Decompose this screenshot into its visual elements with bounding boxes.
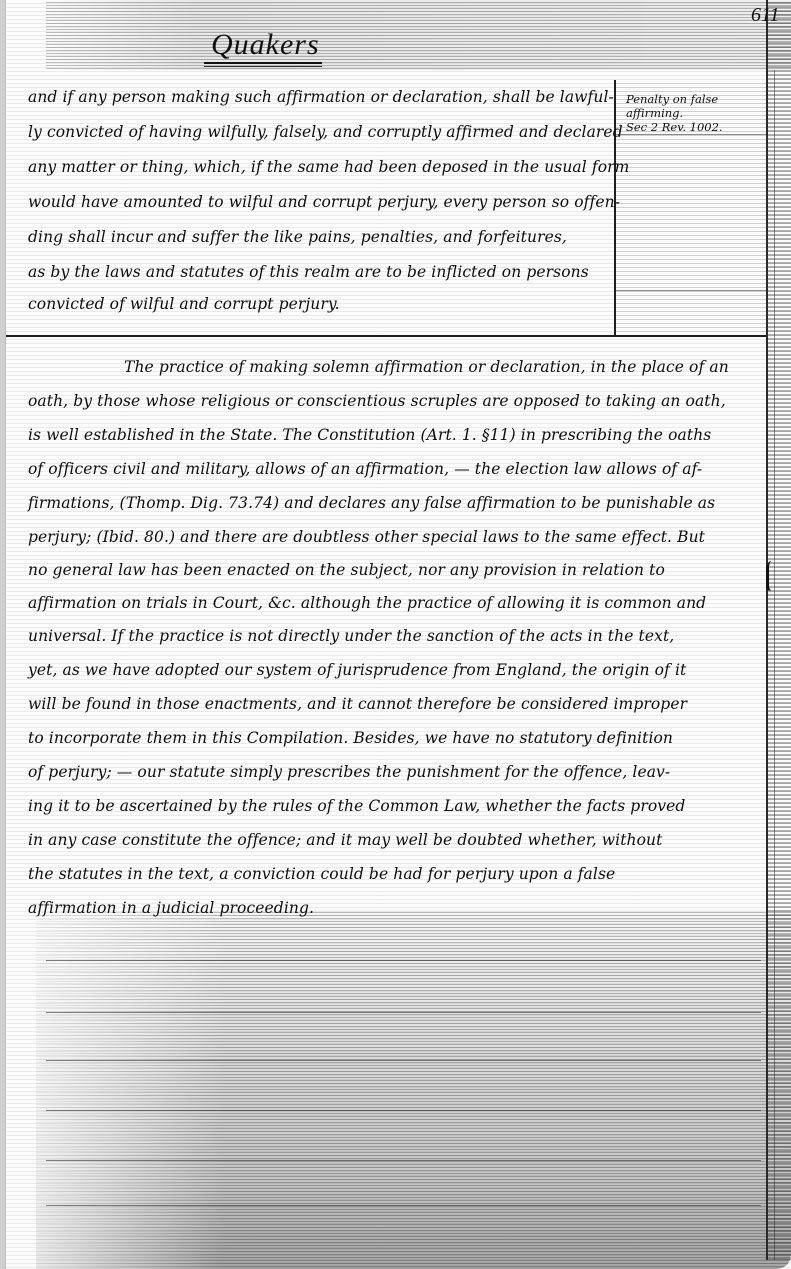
text-line: oath, by those whose religious or consci… xyxy=(28,392,726,410)
text-line: in any case constitute the offence; and … xyxy=(28,831,662,849)
page-number: 611 xyxy=(751,4,780,27)
heading-underline xyxy=(204,62,322,64)
text-line: would have amounted to wilful and corrup… xyxy=(28,193,620,211)
text-line: ing it to be ascertained by the rules of… xyxy=(28,797,685,815)
margin-note-line: affirming. xyxy=(626,106,764,120)
text-line: as by the laws and statutes of this real… xyxy=(28,263,589,281)
text-line: is well established in the State. The Co… xyxy=(28,426,711,444)
page-heading: Quakers xyxy=(211,28,320,62)
text-line: The practice of making solemn affirmatio… xyxy=(124,358,729,376)
text-line: affirmation on trials in Court, &c. alth… xyxy=(28,594,706,612)
ruled-line xyxy=(46,1160,761,1161)
text-line: ding shall incur and suffer the like pai… xyxy=(28,228,567,246)
note-rule xyxy=(616,290,768,291)
ruled-line xyxy=(46,1205,761,1206)
section-divider xyxy=(6,335,766,337)
margin-note-box: Penalty on false affirming. Sec 2 Rev. 1… xyxy=(614,80,768,335)
text-line: perjury; (Ibid. 80.) and there are doubt… xyxy=(28,528,705,546)
text-line: the statutes in the text, a conviction c… xyxy=(28,865,615,883)
text-line: any matter or thing, which, if the same … xyxy=(28,158,629,176)
ruled-line xyxy=(46,960,761,961)
ruled-line xyxy=(46,1110,761,1111)
right-margin-texture xyxy=(768,0,791,1260)
text-line: universal. If the practice is not direct… xyxy=(28,627,674,645)
manuscript-page: Quakers 611 Penalty on false affirming. … xyxy=(6,0,791,1269)
scan-noise-top xyxy=(46,0,791,70)
margin-note-line: Sec 2 Rev. 1002. xyxy=(626,120,764,134)
margin-ink-mark xyxy=(766,558,779,593)
text-line: will be found in those enactments, and i… xyxy=(28,695,687,713)
text-line: of perjury; — our statute simply prescri… xyxy=(28,763,670,781)
ruled-line xyxy=(46,1012,761,1013)
margin-note-line: Penalty on false xyxy=(626,92,764,106)
text-line: of officers civil and military, allows o… xyxy=(28,460,702,478)
text-line: no general law has been enacted on the s… xyxy=(28,561,665,579)
text-line: and if any person making such affirmatio… xyxy=(28,88,614,106)
text-line: firmations, (Thomp. Dig. 73.74) and decl… xyxy=(28,494,715,512)
text-line: affirmation in a judicial proceeding. xyxy=(28,899,314,917)
text-line: to incorporate them in this Compilation.… xyxy=(28,729,673,747)
margin-note: Penalty on false affirming. Sec 2 Rev. 1… xyxy=(626,92,764,134)
text-line: convicted of wilful and corrupt perjury. xyxy=(28,295,340,313)
text-line: ly convicted of having wilfully, falsely… xyxy=(28,123,623,141)
ruled-line xyxy=(46,1060,761,1061)
heading-underline xyxy=(204,66,322,67)
text-line: yet, as we have adopted our system of ju… xyxy=(28,661,686,679)
scan-noise-bottom xyxy=(36,910,791,1269)
right-margin-rule-inner xyxy=(774,70,775,1260)
note-rule xyxy=(616,134,768,135)
